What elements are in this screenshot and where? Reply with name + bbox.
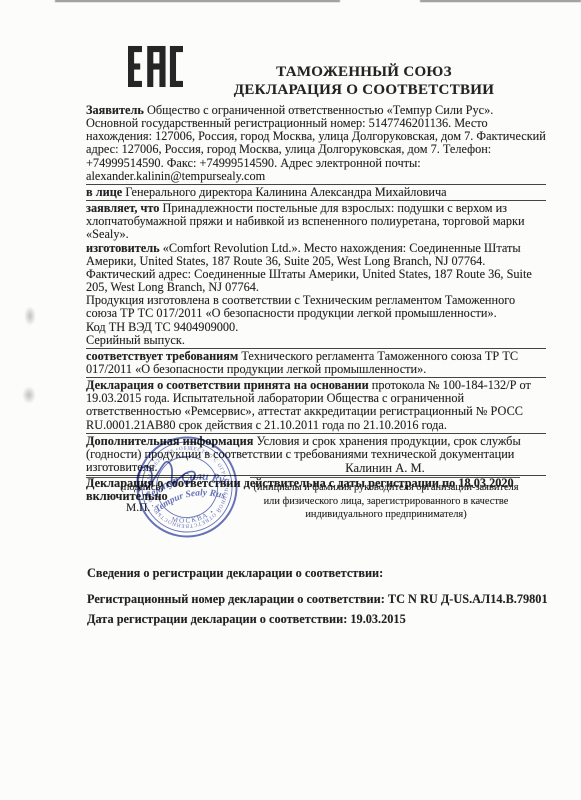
registration-info: Сведения о регистрации декларации о соот… — [87, 560, 557, 626]
signatory-name: Калинин А. М. — [250, 461, 520, 476]
registration-date-label: Дата регистрации декларации о соответств… — [87, 612, 347, 626]
eac-mark-icon: EAC — [128, 43, 183, 95]
basis-label: Декларация о соответствии принята на осн… — [86, 378, 369, 392]
signature-line-right — [250, 477, 520, 478]
registration-date-line: Дата регистрации декларации о соответств… — [87, 612, 557, 626]
row-in-person: в лице Генерального директора Калинина А… — [86, 185, 546, 201]
row-applicant: Заявитель Общество с ограниченной ответс… — [86, 103, 546, 185]
document-title: ТАМОЖЕННЫЙ СОЮЗ ДЕКЛАРАЦИЯ О СООТВЕТСТВИ… — [214, 64, 514, 99]
company-stamp: ОБЩЕСТВО С ОГРАНИЧЕННОЙ ОТВЕТСТВЕННОСТЬЮ… — [129, 429, 245, 550]
serial-text: Серийный выпуск. — [86, 334, 546, 347]
row-basis: Декларация о соответствии принята на осн… — [86, 378, 546, 434]
tnved-code-text: Код ТН ВЭД ТС 9404909000. — [86, 321, 546, 334]
production-text: Продукция изготовлена в соответствии с Т… — [86, 294, 546, 320]
row-conforms: соответствует требованиям Технического р… — [86, 349, 546, 378]
applicant-text: Общество с ограниченной ответственностью… — [86, 103, 546, 183]
scan-artifact — [55, 0, 340, 2]
registration-number-label: Регистрационный номер декларации о соотв… — [87, 592, 385, 606]
registration-number-line: Регистрационный номер декларации о соотв… — [87, 592, 557, 606]
title-line-1: ТАМОЖЕННЫЙ СОЮЗ — [214, 64, 514, 82]
signatory-caption-line: индивидуального предпринимателя) — [247, 508, 525, 522]
in-person-label: в лице — [86, 185, 122, 199]
row-declares: заявляет, что Принадлежности постельные … — [86, 201, 546, 349]
conforms-label: соответствует требованиям — [86, 349, 238, 363]
applicant-label: Заявитель — [86, 103, 144, 117]
scanned-declaration-page: EAC ТАМОЖЕННЫЙ СОЮЗ ДЕКЛАРАЦИЯ О СООТВЕТ… — [0, 0, 581, 800]
registration-number-value: ТС N RU Д-US.АЛ14.В.79801 — [388, 592, 548, 606]
signatory-caption: (инициалы и фамилия руководителя организ… — [247, 481, 525, 522]
manufacturer-label: изготовитель — [86, 241, 160, 255]
signatory-caption-line: или физического лица, зарегистрированног… — [247, 495, 525, 509]
signatory-caption-line: (инициалы и фамилия руководителя организ… — [247, 481, 525, 495]
in-person-text: Генерального директора Калинина Александ… — [125, 185, 446, 199]
declares-label: заявляет, что — [86, 201, 159, 215]
registration-date-value: 19.03.2015 — [350, 612, 405, 626]
scan-artifact — [22, 386, 36, 404]
title-line-2: ДЕКЛАРАЦИЯ О СООТВЕТСТВИИ — [214, 82, 514, 100]
registration-header: Сведения о регистрации декларации о соот… — [87, 566, 557, 580]
scan-artifact — [24, 306, 36, 326]
scan-artifact — [420, 0, 581, 2]
